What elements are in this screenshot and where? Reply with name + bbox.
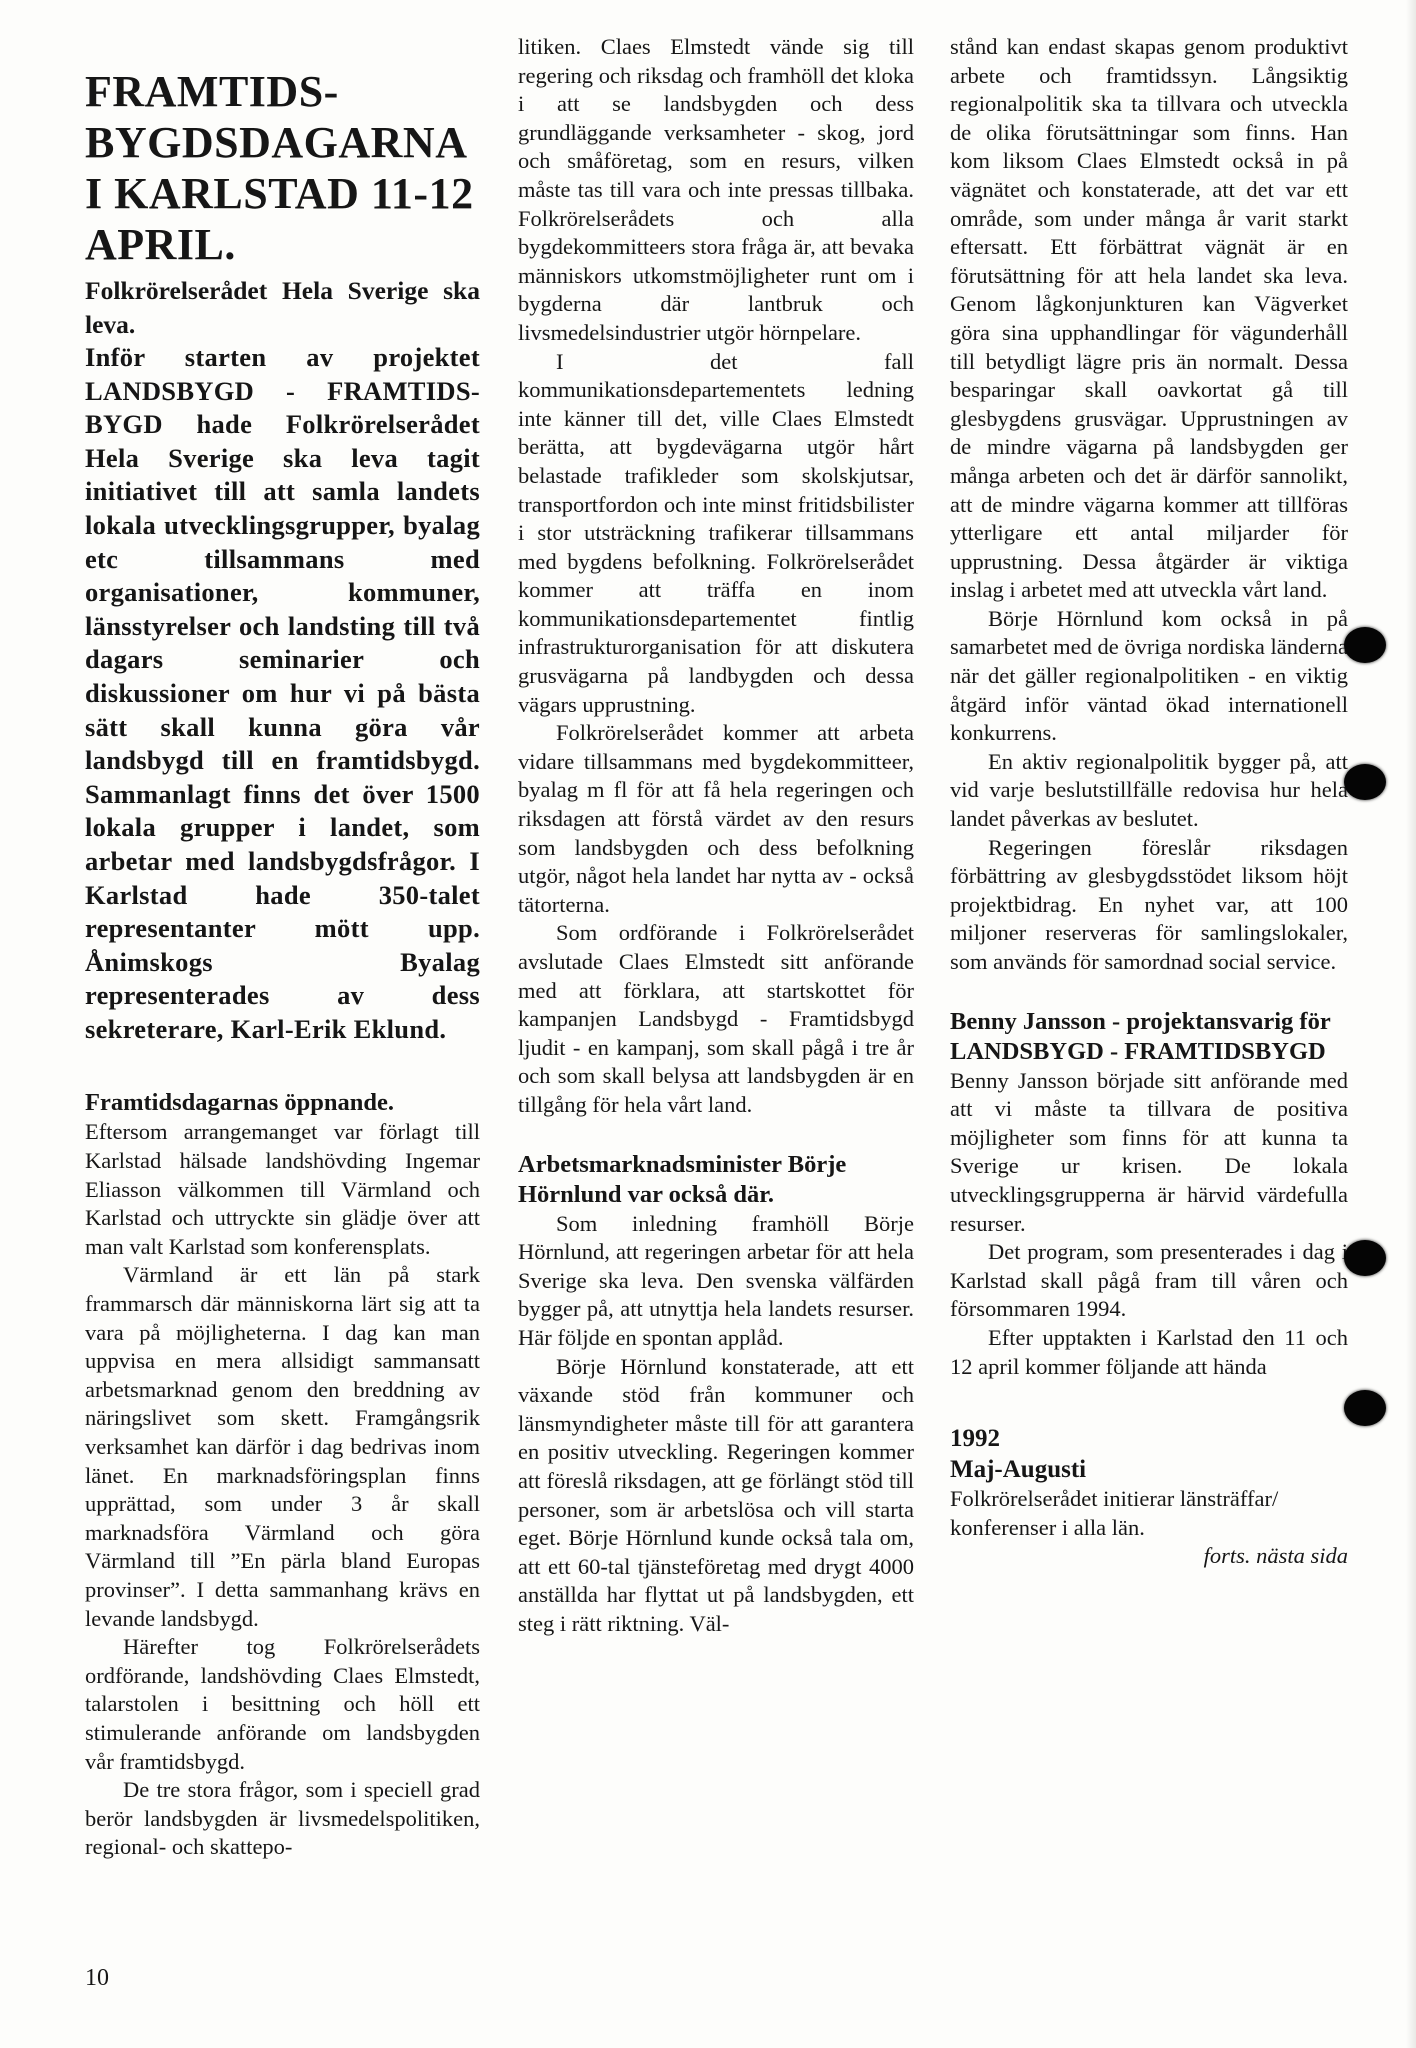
paragraph: Börje Hörnlund kom också in på samarbete… (950, 605, 1348, 748)
schedule-period: Maj-Augusti (950, 1454, 1348, 1485)
paragraph: Härefter tog Folkrörelserådets ordförand… (85, 1633, 480, 1776)
paragraph: Som inledning framhöll Börje Hörnlund, a… (518, 1210, 914, 1353)
paragraph: Efter upptakten i Karlstad den 11 och 12… (950, 1324, 1348, 1381)
paragraph: Folkrörelserådet kommer att arbeta vidar… (518, 719, 914, 919)
title-line: I KARLSTAD 11-12 (85, 169, 474, 218)
paragraph: Benny Jansson började sitt anförande med… (950, 1067, 1348, 1239)
paragraph: Värmland är ett län på stark frammarsch … (85, 1261, 480, 1633)
title-line: FRAMTIDS- (85, 67, 339, 116)
paragraph: Eftersom arrangemanget var förlagt till … (85, 1118, 480, 1261)
punch-hole-icon (1344, 627, 1386, 663)
article-lead: Inför starten av projektet LANDSBYGD - F… (85, 341, 480, 1046)
paragraph: De tre stora frågor, som i speciell grad… (85, 1776, 480, 1862)
paragraph: I det fall kommunikationsdepartementets … (518, 348, 914, 720)
page-number: 10 (85, 1964, 109, 1992)
punch-hole-icon (1344, 1240, 1386, 1276)
paragraph: litiken. Claes Elmstedt vände sig till r… (518, 33, 914, 348)
paragraph: stånd kan endast skapas genom produktivt… (950, 33, 1348, 605)
paragraph: Börje Hörnlund konstaterade, att ett väx… (518, 1353, 914, 1639)
paragraph: En aktiv regionalpolitik bygger på, att … (950, 748, 1348, 834)
schedule-text: Folkrörelserådet initierar länsträffar/ … (950, 1485, 1348, 1542)
title-line: APRIL. (85, 220, 236, 269)
punch-hole-icon (1344, 1390, 1386, 1426)
article-title: FRAMTIDS- BYGDSDAGARNA I KARLSTAD 11-12 … (85, 66, 480, 270)
section-heading-benny: Benny Jansson - projektansvarig för LAND… (950, 1007, 1348, 1067)
article-byline: Folkrörelserådet Hela Sverige ska leva. (85, 274, 480, 341)
title-line: BYGDSDAGARNA (85, 118, 467, 167)
paragraph: Det program, som presenterades i dag i K… (950, 1238, 1348, 1324)
punch-hole-icon (1344, 764, 1386, 800)
paragraph: Regeringen föreslår riksdagen förbättrin… (950, 834, 1348, 977)
section-heading-minister: Arbetsmarknadsminister Börje Hörnlund va… (518, 1150, 914, 1210)
continuation-note: forts. nästa sida (950, 1542, 1348, 1570)
schedule-year: 1992 (950, 1423, 1348, 1454)
column-1: FRAMTIDS- BYGDSDAGARNA I KARLSTAD 11-12 … (85, 66, 480, 1862)
page-edge (1406, 0, 1416, 2048)
paragraph: Som ordförande i Folkrörelserådet avslut… (518, 919, 914, 1119)
column-3: stånd kan endast skapas genom produktivt… (950, 33, 1348, 1570)
section-heading-opening: Framtidsdagarnas öppnande. (85, 1088, 480, 1118)
column-2: litiken. Claes Elmstedt vände sig till r… (518, 33, 914, 1638)
